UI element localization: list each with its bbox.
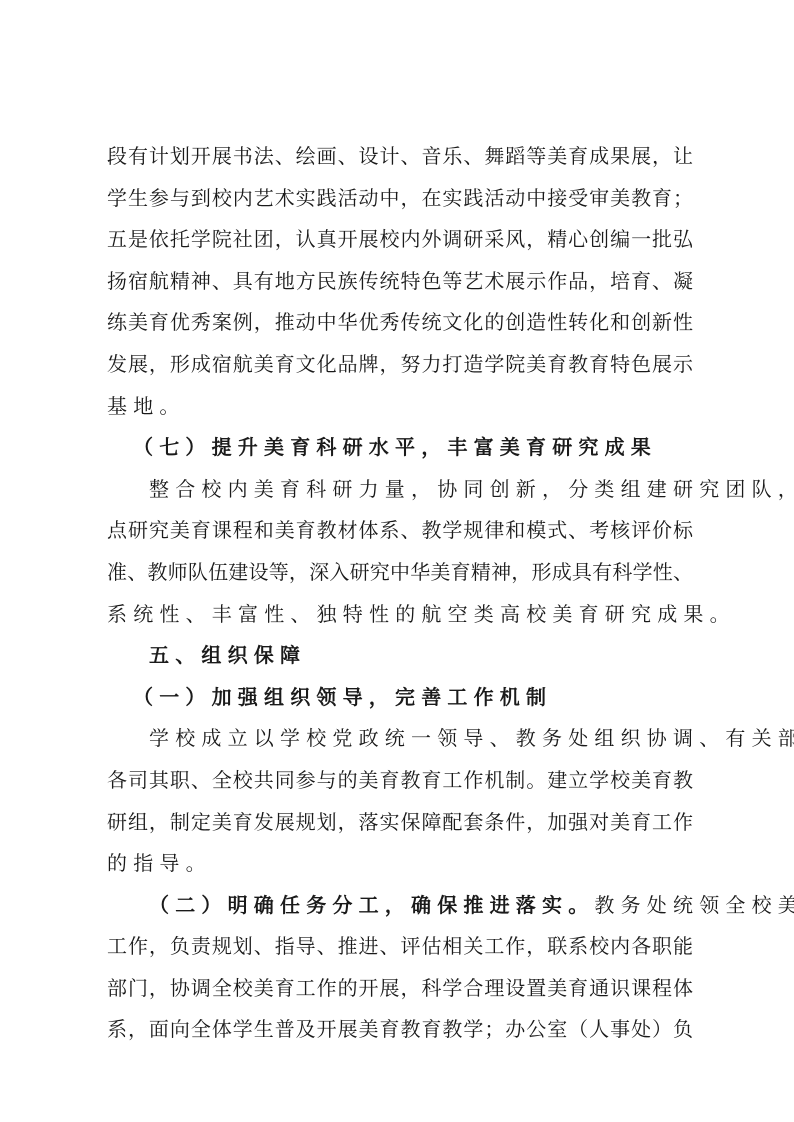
body-text-line-last: 基地。 [107,386,697,428]
body-text-line: 研组，制定美育发展规划，落实保障配套条件，加强对美育工作 [107,802,697,844]
body-text-line: 部门，协调全校美育工作的开展，科学合理设置美育通识课程体 [107,968,697,1010]
body-text-line: 各司其职、全校共同参与的美育教育工作机制。建立学校美育教 [107,760,697,802]
body-text-line: 点研究美育课程和美育教材体系、教学规律和模式、考核评价标 [107,510,697,552]
body-text-line: 整合校内美育科研力量，协同创新，分类组建研究团队，重 [107,469,697,511]
body-text-line-last: 的指导。 [107,843,697,885]
body-text-line: 段有计划开展书法、绘画、设计、音乐、舞蹈等美育成果展，让 [107,136,697,178]
body-text-line: 工作，负责规划、指导、推进、评估相关工作，联系校内各职能 [107,926,697,968]
body-text-inline: 教务处统领全校美育 [594,893,794,917]
document-page: 段有计划开展书法、绘画、设计、音乐、舞蹈等美育成果展，让 学生参与到校内艺术实践… [107,136,697,1051]
section-heading-7: （七）提升美育科研水平，丰富美育研究成果 [107,427,697,469]
subsection-heading-2: （二）明确任务分工，确保推进落实。 [149,893,594,917]
body-text-line: 学校成立以学校党政统一领导、教务处组织协调、有关部门 [107,718,697,760]
subsection-heading-1: （一）加强组织领导，完善工作机制 [107,677,697,719]
body-text-line-last: 系统性、丰富性、独特性的航空类高校美育研究成果。 [107,594,697,636]
body-text-line: 练美育优秀案例，推动中华优秀传统文化的创造性转化和创新性 [107,302,697,344]
body-text-line: 五是依托学院社团，认真开展校内外调研采风，精心创编一批弘 [107,219,697,261]
chapter-heading-5: 五、组织保障 [107,635,697,677]
body-text-line: 学生参与到校内艺术实践活动中，在实践活动中接受审美教育； [107,178,697,220]
body-text-line: 发展，形成宿航美育文化品牌，努力打造学院美育教育特色展示 [107,344,697,386]
subsection-2-first-line: （二）明确任务分工，确保推进落实。教务处统领全校美育 [107,885,697,927]
body-text-line: 扬宿航精神、具有地方民族传统特色等艺术展示作品，培育、凝 [107,261,697,303]
body-text-line: 系，面向全体学生普及开展美育教育教学；办公室（人事处）负 [107,1009,697,1051]
body-text-line: 准、教师队伍建设等，深入研究中华美育精神，形成具有科学性、 [107,552,697,594]
